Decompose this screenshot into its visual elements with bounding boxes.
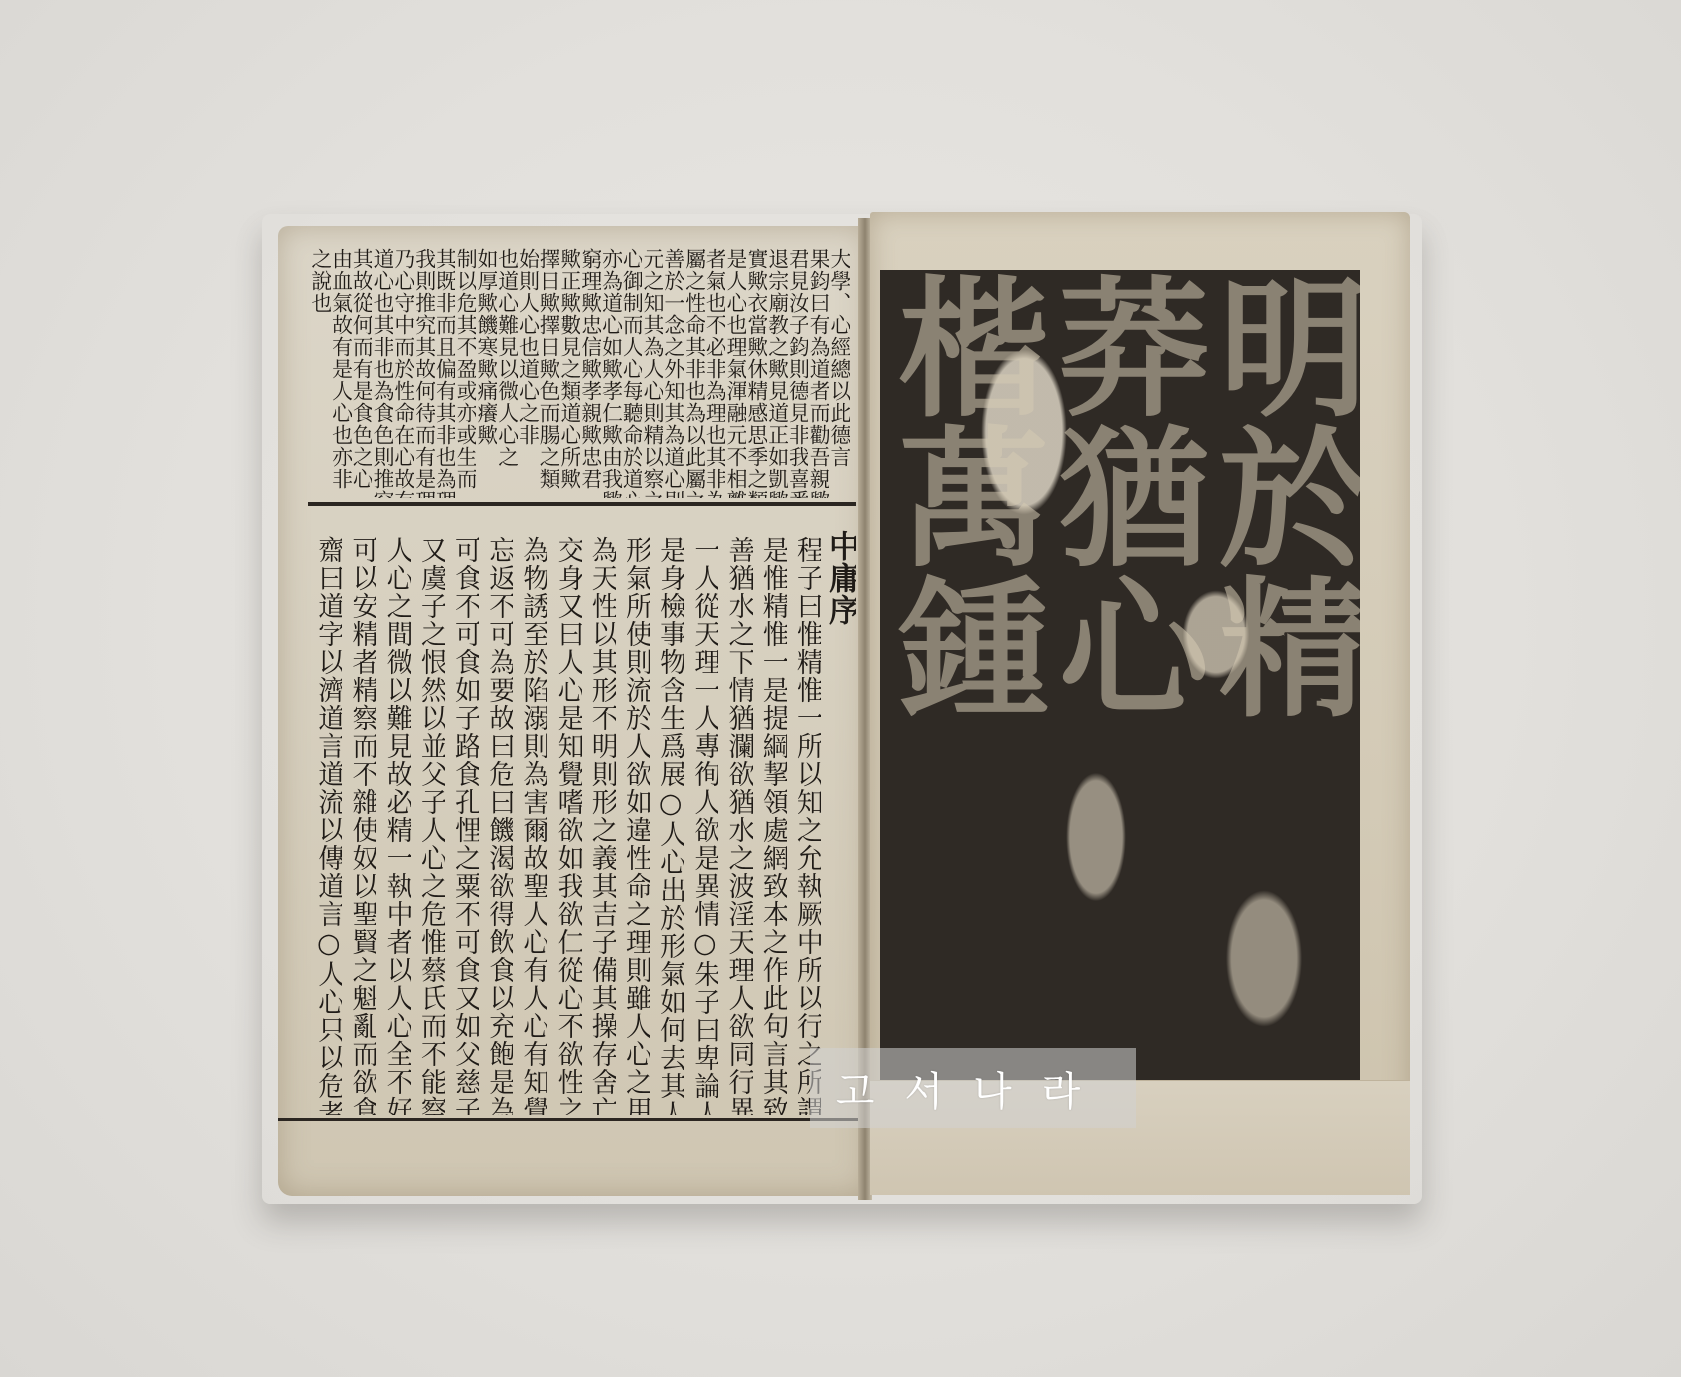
commentary-column: 也道心難見以微人心之 xyxy=(497,236,518,498)
text-column: 形氣所使則流於人欲如違性命之理則雖人心之用無非道心君子指形色 xyxy=(616,510,650,1115)
text-column: 人心之間微以難見故必精一執中者以人心全不好則將以好使人去之令只說危耳 xyxy=(376,510,410,1115)
calligraphy-column: 楷萬鍾 xyxy=(885,270,1035,1080)
commentary-column: 果鈞曰有為道者而勸吾親歟 xyxy=(808,236,829,498)
commentary-column: 我則推究其故何待而有是理 xyxy=(414,236,435,498)
commentary-column: 其故從何而有是食色之心 xyxy=(352,236,373,498)
commentary-column: 擇日歟擇日歟色而腸之類 xyxy=(539,236,560,498)
calligraphy-column: 明於精 xyxy=(1205,270,1355,1080)
bottom-rule-line xyxy=(278,1118,858,1121)
commentary-column: 亦為道心如歟孝仁歟由我歟 xyxy=(601,236,622,498)
left-page: 大學、心經總以此德言果鈞曰有為道者而勸吾親歟君見汝子鈞則德見非我喜悉退宗廟教之歟… xyxy=(278,226,868,1196)
commentary-column: 君見汝子鈞則德見非我喜悉 xyxy=(788,236,809,498)
right-page-top-margin xyxy=(870,212,1410,270)
lower-main-columns: 中庸序 程子曰惟精惟一所以知之允執厥中所以行之所謂允執厥中之義是惟精惟一是提綱挈… xyxy=(308,510,856,1115)
commentary-column: 始則人心也道心之非 xyxy=(518,236,539,498)
text-column: 交身又曰人心是知覺嗜欲如我欲仁從心不欲性之欲也感物而動者豈無但 xyxy=(547,510,581,1115)
commentary-column: 制以危其不盈或亦或生而 xyxy=(455,236,476,498)
upper-commentary-block: 大學、心經總以此德言果鈞曰有為道者而勸吾親歟君見汝子鈞則德見非我喜悉退宗廟教之歟… xyxy=(310,236,850,498)
commentary-column: 心御制而人心每聽命於道心 xyxy=(622,236,643,498)
calligraphy-columns: 明於精莽猶心楷萬鍾 xyxy=(880,270,1360,1080)
commentary-column: 道心也其非也為食色則推究 xyxy=(372,236,393,498)
commentary-column: 窮理歟忠信歟孝親歟忠君 xyxy=(580,236,601,498)
text-column: 為天性以其形不明則形之義其吉子備其操存舍亡心要有存之是人心道心 xyxy=(582,510,616,1115)
text-column: 是身檢事物含生爲展○人心出於形氣如何去其人性命之理不明身為 xyxy=(650,510,684,1115)
text-column: 善猶水之下情猶瀾欲猶水之波淫天理人欲同行異情者二人同行理中 xyxy=(718,510,752,1115)
text-column: 一人從天理一人專徇人欲是異情○朱子曰卑論人心則都是好對道心為便 xyxy=(684,510,718,1115)
commentary-column: 退宗廟教之歟見道正如凱歟 xyxy=(767,236,788,498)
commentary-column: 其既非而且偏有其非也為理 xyxy=(435,236,456,498)
text-column: 又虞子之恨然以並父子人心之危惟蔡氏而不能察人心所命道心之區處然道心精之 xyxy=(411,510,445,1115)
commentary-column: 實歟衣當歟休精感思季之類 xyxy=(746,236,767,498)
text-column: 是惟精惟一是提綱挈領處網致本之作此句言其致○語類五峯云性猶水 xyxy=(753,510,787,1115)
calligraphy-column: 莽猶心 xyxy=(1045,270,1195,1080)
commentary-column: 之說也 xyxy=(310,236,331,498)
calligraphy-panel: 明於精莽猶心楷萬鍾 xyxy=(880,270,1360,1080)
commentary-column: 乃心守中而於性命在心故有 xyxy=(393,236,414,498)
commentary-column: 歟正歟數見之類道心所歟 xyxy=(559,236,580,498)
commentary-column: 如厚歟饑寒歟痛癢歟 xyxy=(476,236,497,498)
text-column: 齋曰道字以濟道言道流以傳道言○人心只以危者人心易於私而若無理以御 xyxy=(308,510,342,1115)
chapter-heading: 中庸序 xyxy=(821,510,856,1115)
upper-commentary-columns: 大學、心經總以此德言果鈞曰有為道者而勸吾親歟君見汝子鈞則德見非我喜悉退宗廟教之歟… xyxy=(310,236,850,498)
text-column: 可食不可食如子路食孔悝之粟不可食又如父慈子孝常人亦能之道心之爲 xyxy=(445,510,479,1115)
right-page: 明於精莽猶心楷萬鍾 xyxy=(870,212,1410,1194)
watermark-text: 고서나라 xyxy=(836,1060,1111,1117)
text-column: 程子曰惟精惟一所以知之允執厥中所以行之所謂允執厥中之義 xyxy=(787,510,821,1115)
commentary-column: 元之知其為人心則精以察之 xyxy=(642,236,663,498)
text-column: 為物誘至於陷溺則為害爾故聖人心有人心有知覺嗜欲然無主宰則流而 xyxy=(513,510,547,1115)
commentary-column: 屬之性命其非也為以此屬之 xyxy=(684,236,705,498)
commentary-column: 大學、心經總以此德言 xyxy=(829,236,850,498)
commentary-column: 由血氣故有是人心也亦非 xyxy=(331,236,352,498)
watermark: 고서나라 xyxy=(810,1048,1136,1128)
commentary-column: 者氣也不必非為理也其非為道 xyxy=(705,236,726,498)
text-column: 可以安精者精察而不雜使奴以聖賢之魁亂而欲食寒不欲衣乎○蔡虛 xyxy=(342,510,376,1115)
commentary-column: 善於一念之外知其為道心則 xyxy=(663,236,684,498)
lower-main-text-block: 中庸序 程子曰惟精惟一所以知之允執厥中所以行之所謂允執厥中之義是惟精惟一是提綱挈… xyxy=(308,510,856,1115)
text-column: 忘返不可為要故曰危曰饑渴欲得飲食以充飽是為人心然亦有義理存焉有 xyxy=(479,510,513,1115)
section-divider-line xyxy=(308,502,856,506)
commentary-column: 是人心也理氣渾融元不相離 xyxy=(725,236,746,498)
